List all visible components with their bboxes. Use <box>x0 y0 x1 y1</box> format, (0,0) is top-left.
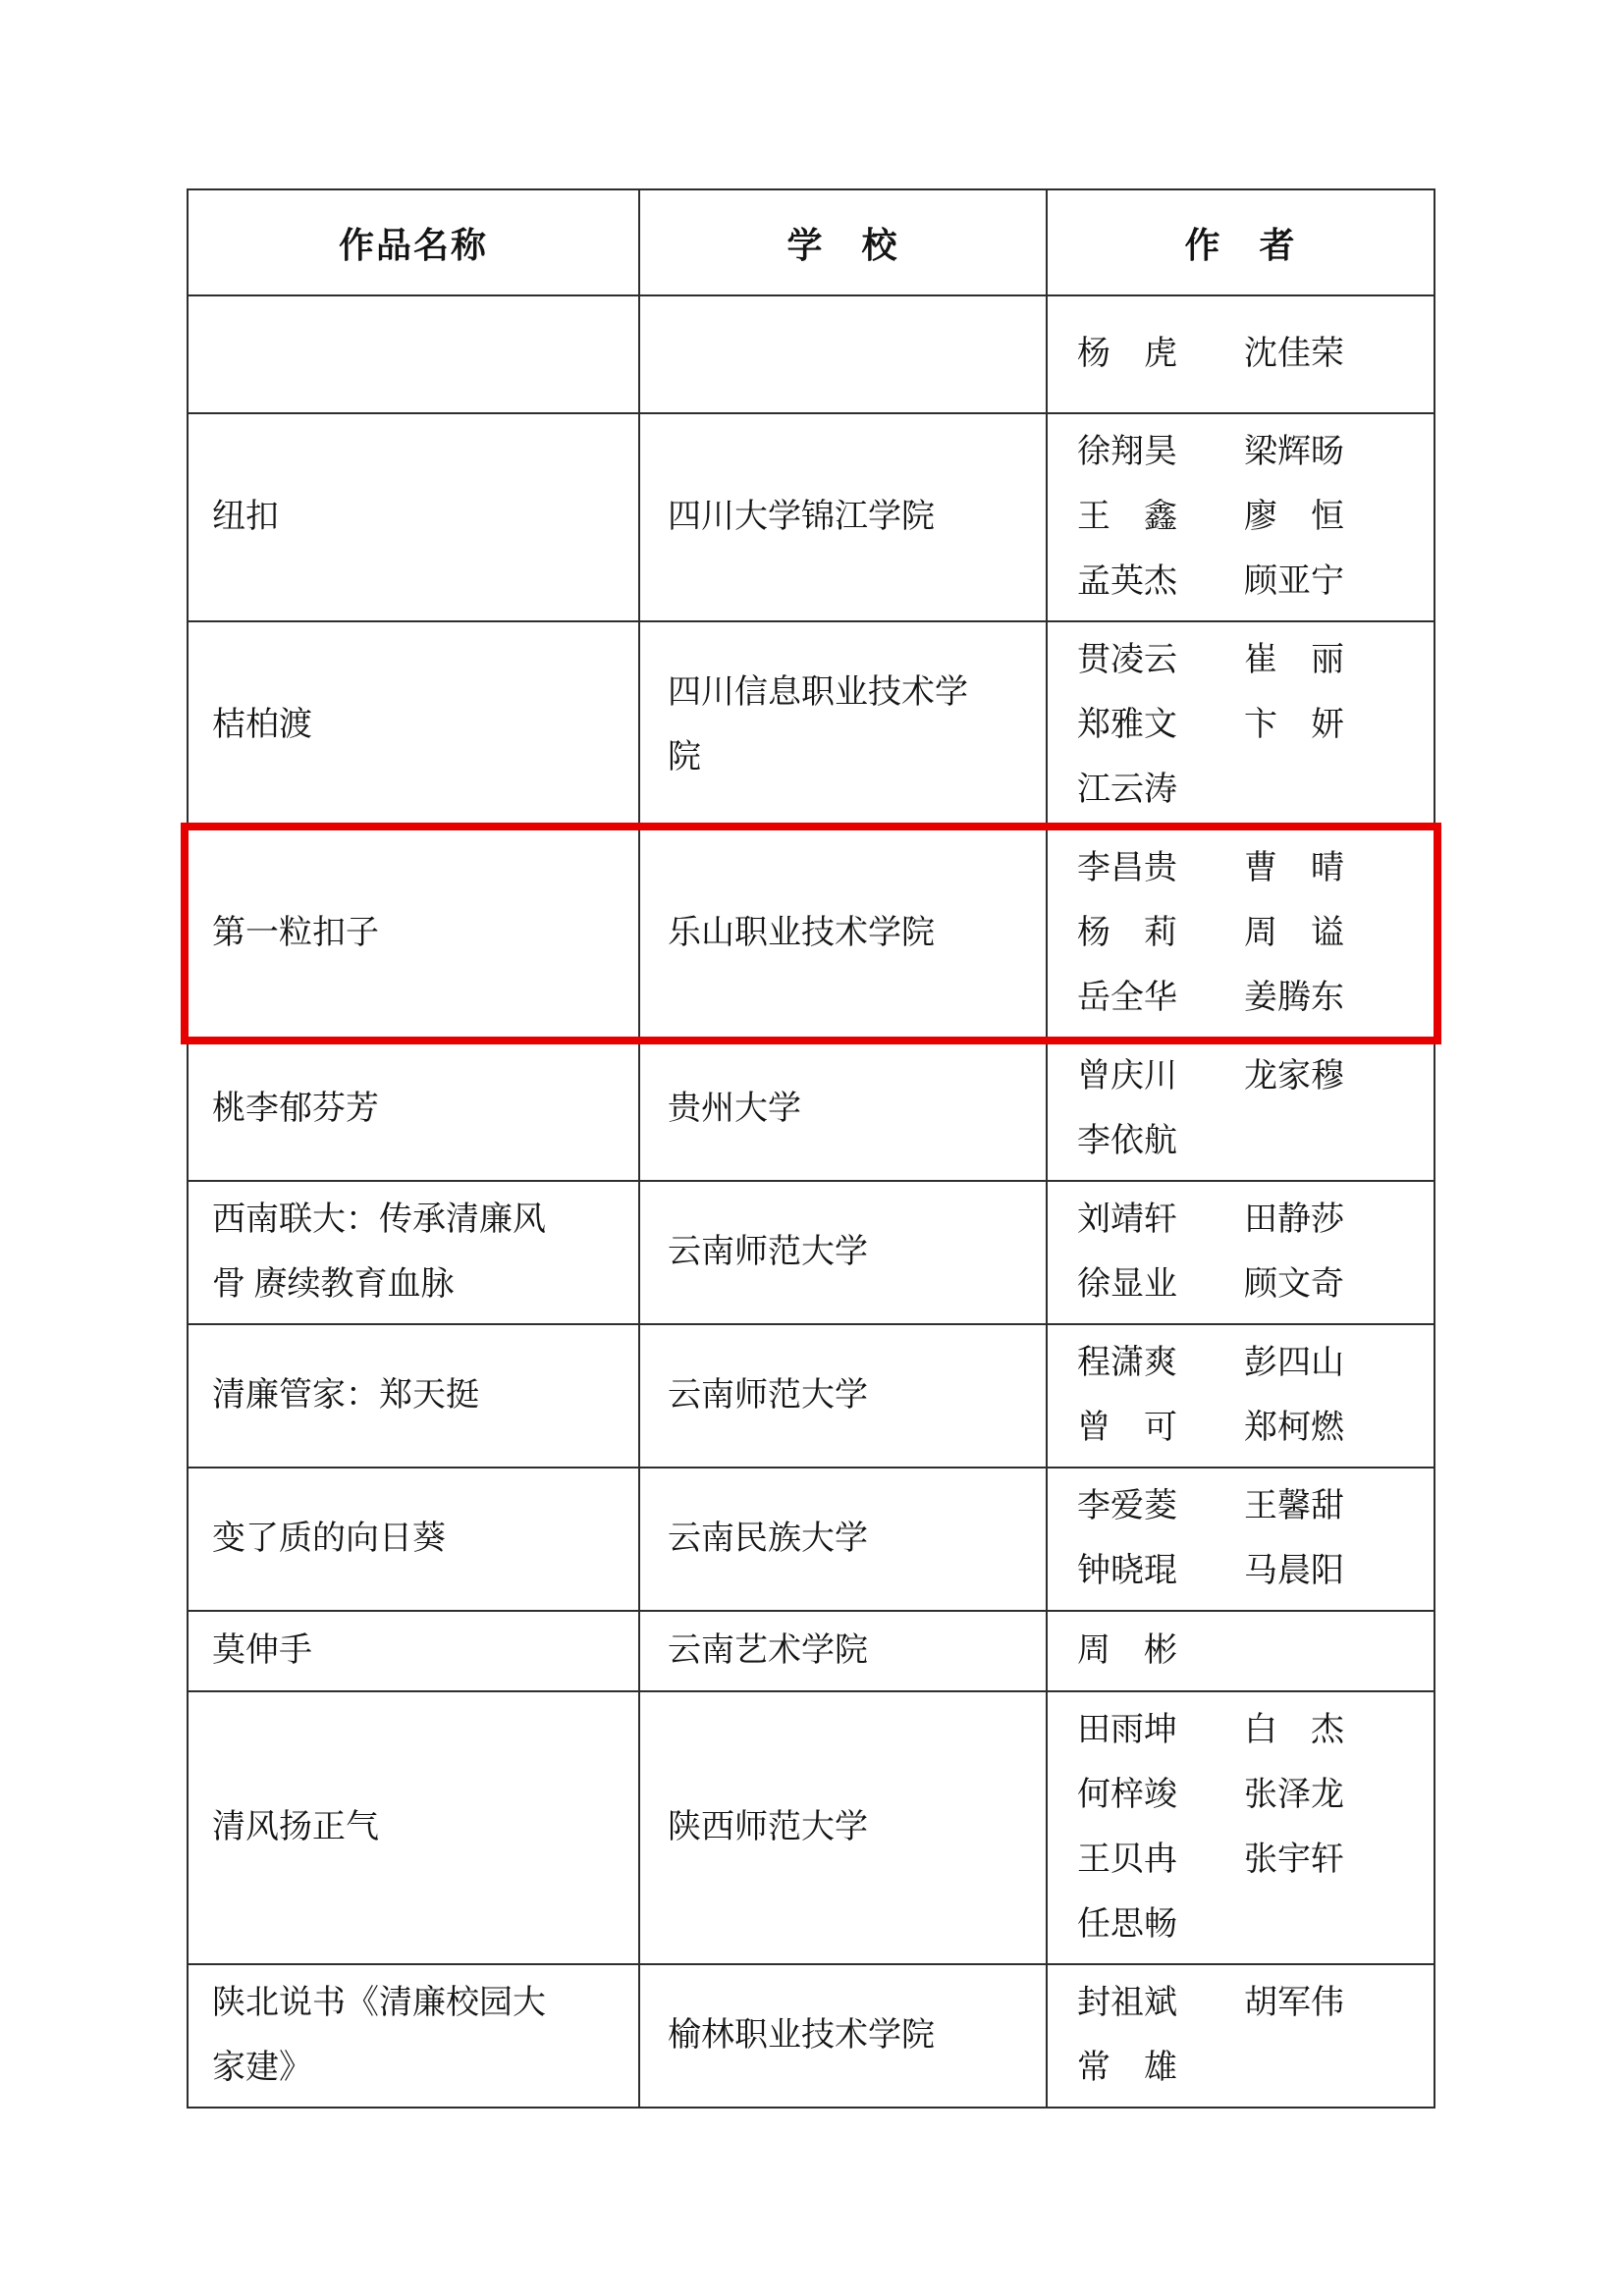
work-title-cell: 清风扬正气 <box>188 1691 639 1964</box>
work-title-cell: 桔柏渡 <box>188 621 639 829</box>
author-line: 田雨坤 白 杰 <box>1077 1698 1424 1763</box>
award-table: 作品名称 学 校 作 者 杨 虎 沈佳荣纽扣四川大学锦江学院徐翔昊 梁辉旸王 鑫… <box>187 188 1435 2109</box>
author-line: 任思畅 <box>1077 1893 1424 1957</box>
school-text: 云南师范大学 <box>668 1377 868 1414</box>
work-title-cell <box>188 295 639 413</box>
author-line: 封祖斌 胡军伟 <box>1077 1971 1424 2036</box>
authors-cell: 杨 虎 沈佳荣 <box>1047 295 1435 413</box>
col-header-authors: 作 者 <box>1047 189 1435 295</box>
authors-cell: 李昌贵 曹 晴杨 莉 周 谥岳全华 姜腾东 <box>1047 829 1435 1038</box>
work-title-cell: 清廉管家：郑天挺 <box>188 1324 639 1468</box>
school-cell: 云南民族大学 <box>639 1468 1047 1611</box>
school-text: 四川大学锦江学院 <box>668 499 935 535</box>
authors-cell: 周 彬 <box>1047 1611 1435 1691</box>
school-text: 云南民族大学 <box>668 1521 868 1557</box>
author-line: 李昌贵 曹 晴 <box>1077 836 1424 901</box>
school-cell <box>639 295 1047 413</box>
school-cell: 乐山职业技术学院 <box>639 829 1047 1038</box>
author-line: 杨 莉 周 谥 <box>1077 901 1424 966</box>
author-line: 岳全华 姜腾东 <box>1077 966 1424 1031</box>
table-row: 纽扣四川大学锦江学院徐翔昊 梁辉旸王 鑫 廖 恒孟英杰 顾亚宁 <box>188 413 1435 621</box>
table-row: 陕北说书《清廉校园大家建》榆林职业技术学院封祖斌 胡军伟常 雄 <box>188 1964 1435 2108</box>
work-title-cell: 陕北说书《清廉校园大家建》 <box>188 1964 639 2108</box>
title-text: 第一粒扣子 <box>212 915 379 951</box>
table-row: 清风扬正气陕西师范大学田雨坤 白 杰何梓竣 张泽龙王贝冉 张宇轩任思畅 <box>188 1691 1435 1964</box>
title-text: 莫伸手 <box>212 1632 312 1669</box>
author-line: 王贝冉 张宇轩 <box>1077 1828 1424 1893</box>
school-text: 陕西师范大学 <box>668 1809 868 1845</box>
work-title-cell: 纽扣 <box>188 413 639 621</box>
author-line: 王 鑫 廖 恒 <box>1077 485 1424 550</box>
work-title-cell: 西南联大：传承清廉风骨 赓续教育血脉 <box>188 1181 639 1324</box>
school-cell: 四川信息职业技术学院 <box>639 621 1047 829</box>
title-text: 纽扣 <box>212 499 279 535</box>
authors-cell: 李爱菱 王馨甜钟晓琨 马晨阳 <box>1047 1468 1435 1611</box>
author-line: 郑雅文 卞 妍 <box>1077 693 1424 758</box>
school-text: 榆林职业技术学院 <box>668 2017 935 2054</box>
author-line: 贯凌云 崔 丽 <box>1077 628 1424 693</box>
school-cell: 云南师范大学 <box>639 1324 1047 1468</box>
author-line: 何梓竣 张泽龙 <box>1077 1763 1424 1828</box>
school-text: 四川信息职业技术学院 <box>668 674 968 775</box>
authors-cell: 程潇爽 彭四山曾 可 郑柯燃 <box>1047 1324 1435 1468</box>
col-header-school: 学 校 <box>639 189 1047 295</box>
author-line: 孟英杰 顾亚宁 <box>1077 550 1424 614</box>
author-line: 周 彬 <box>1077 1619 1424 1683</box>
author-line: 李爱菱 王馨甜 <box>1077 1474 1424 1539</box>
authors-cell: 封祖斌 胡军伟常 雄 <box>1047 1964 1435 2108</box>
work-title-cell: 莫伸手 <box>188 1611 639 1691</box>
title-text: 西南联大：传承清廉风骨 赓续教育血脉 <box>212 1201 546 1303</box>
author-line: 钟晓琨 马晨阳 <box>1077 1539 1424 1604</box>
document-page: 作品名称 学 校 作 者 杨 虎 沈佳荣纽扣四川大学锦江学院徐翔昊 梁辉旸王 鑫… <box>0 0 1624 2296</box>
authors-cell: 贯凌云 崔 丽郑雅文 卞 妍江云涛 <box>1047 621 1435 829</box>
authors-cell: 曾庆川 龙家穆李依航 <box>1047 1038 1435 1181</box>
school-text: 乐山职业技术学院 <box>668 915 935 951</box>
author-line: 徐翔昊 梁辉旸 <box>1077 420 1424 485</box>
title-text: 清风扬正气 <box>212 1809 379 1845</box>
school-text: 云南艺术学院 <box>668 1632 868 1669</box>
authors-cell: 刘靖轩 田静莎徐显业 顾文奇 <box>1047 1181 1435 1324</box>
school-cell: 贵州大学 <box>639 1038 1047 1181</box>
header-row: 作品名称 学 校 作 者 <box>188 189 1435 295</box>
school-text: 云南师范大学 <box>668 1234 868 1270</box>
author-line: 杨 虎 沈佳荣 <box>1077 322 1424 387</box>
title-text: 桔柏渡 <box>212 707 312 743</box>
table-row: 清廉管家：郑天挺云南师范大学程潇爽 彭四山曾 可 郑柯燃 <box>188 1324 1435 1468</box>
work-title-cell: 第一粒扣子 <box>188 829 639 1038</box>
title-text: 桃李郁芬芳 <box>212 1091 379 1127</box>
author-line: 曾庆川 龙家穆 <box>1077 1044 1424 1109</box>
author-line: 徐显业 顾文奇 <box>1077 1253 1424 1317</box>
author-line: 常 雄 <box>1077 2036 1424 2101</box>
title-text: 陕北说书《清廉校园大家建》 <box>212 1985 546 2086</box>
author-line: 刘靖轩 田静莎 <box>1077 1188 1424 1253</box>
authors-cell: 田雨坤 白 杰何梓竣 张泽龙王贝冉 张宇轩任思畅 <box>1047 1691 1435 1964</box>
work-title-cell: 变了质的向日葵 <box>188 1468 639 1611</box>
table-row: 桃李郁芬芳贵州大学曾庆川 龙家穆李依航 <box>188 1038 1435 1181</box>
author-line: 李依航 <box>1077 1109 1424 1174</box>
table-row: 西南联大：传承清廉风骨 赓续教育血脉云南师范大学刘靖轩 田静莎徐显业 顾文奇 <box>188 1181 1435 1324</box>
title-text: 变了质的向日葵 <box>212 1521 446 1557</box>
table-body: 杨 虎 沈佳荣纽扣四川大学锦江学院徐翔昊 梁辉旸王 鑫 廖 恒孟英杰 顾亚宁桔柏… <box>188 295 1435 2108</box>
table-row: 杨 虎 沈佳荣 <box>188 295 1435 413</box>
school-cell: 榆林职业技术学院 <box>639 1964 1047 2108</box>
table-row: 变了质的向日葵云南民族大学李爱菱 王馨甜钟晓琨 马晨阳 <box>188 1468 1435 1611</box>
school-cell: 四川大学锦江学院 <box>639 413 1047 621</box>
authors-cell: 徐翔昊 梁辉旸王 鑫 廖 恒孟英杰 顾亚宁 <box>1047 413 1435 621</box>
author-line: 程潇爽 彭四山 <box>1077 1331 1424 1396</box>
title-text: 清廉管家：郑天挺 <box>212 1377 479 1414</box>
work-title-cell: 桃李郁芬芳 <box>188 1038 639 1181</box>
highlighted-row: 第一粒扣子乐山职业技术学院李昌贵 曹 晴杨 莉 周 谥岳全华 姜腾东 <box>188 829 1435 1038</box>
school-cell: 云南师范大学 <box>639 1181 1047 1324</box>
school-text: 贵州大学 <box>668 1091 801 1127</box>
author-line: 江云涛 <box>1077 758 1424 823</box>
school-cell: 陕西师范大学 <box>639 1691 1047 1964</box>
author-line: 曾 可 郑柯燃 <box>1077 1396 1424 1461</box>
table-row: 桔柏渡四川信息职业技术学院贯凌云 崔 丽郑雅文 卞 妍江云涛 <box>188 621 1435 829</box>
col-header-work-title: 作品名称 <box>188 189 639 295</box>
table-row: 莫伸手云南艺术学院周 彬 <box>188 1611 1435 1691</box>
school-cell: 云南艺术学院 <box>639 1611 1047 1691</box>
